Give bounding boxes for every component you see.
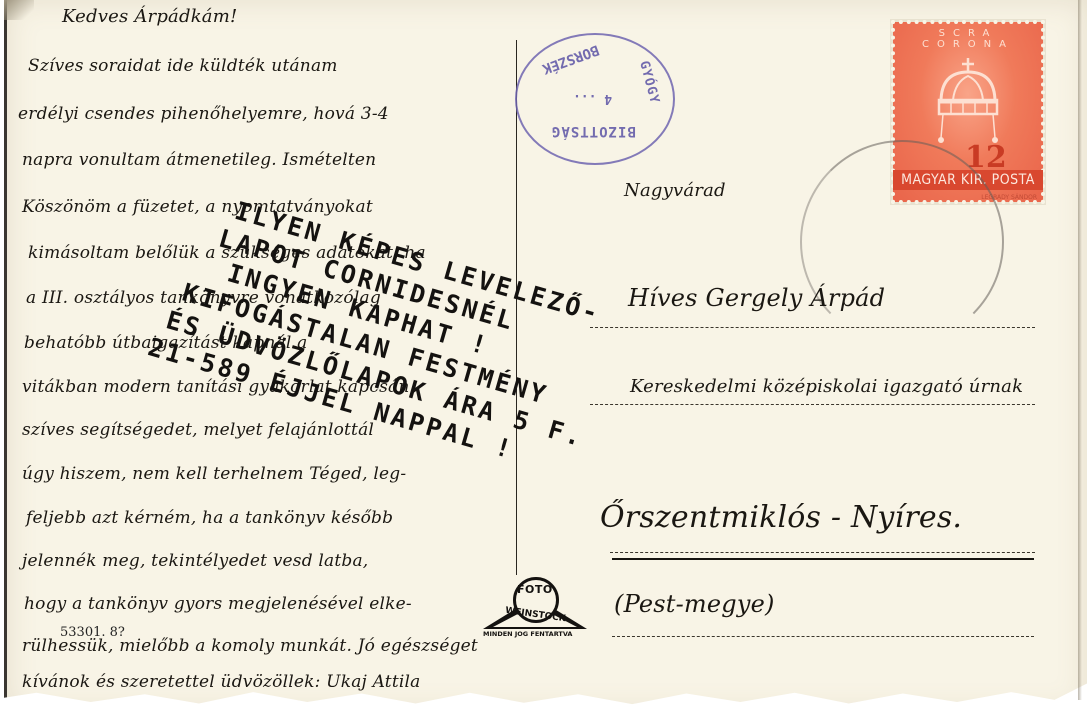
- address-line: [612, 636, 1034, 637]
- address-place: Nagyvárad: [624, 180, 726, 201]
- postmark-text: GYÓGY: [636, 59, 662, 106]
- message-line: hogy a tankönyv gyors megjelenésével elk…: [24, 594, 412, 614]
- recipient-county: (Pest-megye): [614, 590, 775, 618]
- recipient-title: Kereskedelmi középiskolai igazgató úrnak: [630, 376, 1023, 397]
- holy-crown-icon: [933, 56, 1003, 146]
- logo-tagline: MINDEN JOG FENTARTVA: [483, 630, 572, 638]
- address-underline: [612, 558, 1034, 560]
- message-line: erdélyi csendes pihenőhelyemre, hová 3-4: [18, 104, 389, 124]
- violet-postmark: BORSZÉK 4 ... GYÓGY BIZOTTSÁG: [515, 33, 675, 165]
- corner-wear: [4, 0, 34, 20]
- print-number: 53301. 8?: [60, 625, 125, 640]
- message-line: szíves segítségedet, melyet felajánlottá…: [22, 420, 374, 440]
- card-edge: [1078, 0, 1082, 700]
- message-line: Köszönöm a füzetet, a nyomtatványokat: [22, 197, 373, 217]
- message-line: úgy hiszem, nem kell terhelnem Téged, le…: [22, 464, 406, 484]
- address-line: [590, 404, 1035, 405]
- postmark-text: BORSZÉK: [540, 41, 601, 76]
- postmark-text: BIZOTTSÁG: [551, 123, 636, 139]
- message-line: jelennék meg, tekintélyedet vesd latba,: [22, 551, 368, 571]
- publisher-logo: FOTO WEINSTOCK MINDEN JOG FENTARTVA: [483, 577, 593, 639]
- cancellation-mark: [800, 140, 1004, 344]
- address-line: [590, 327, 1035, 328]
- salutation: Kedves Árpádkám!: [62, 6, 237, 27]
- message-line: napra vonultam átmenetileg. Ismételten: [22, 150, 376, 170]
- recipient-name: Híves Gergely Árpád: [628, 284, 885, 312]
- recipient-city: Őrszentmiklós - Nyíres.: [600, 500, 962, 535]
- logo-circle-text: FOTO: [517, 583, 553, 596]
- postmark-date: 4 ...: [573, 91, 612, 106]
- address-line: [610, 552, 1035, 553]
- stamp-inscription: SCRA CORONA: [893, 28, 1043, 50]
- message-line: feljebb azt kérném, ha a tankönyv később: [26, 508, 393, 528]
- message-signoff: kívánok és szeretettel üdvözöllek: Ukaj …: [22, 672, 420, 692]
- message-line: Szíves soraidat ide küldték utánam: [28, 56, 338, 76]
